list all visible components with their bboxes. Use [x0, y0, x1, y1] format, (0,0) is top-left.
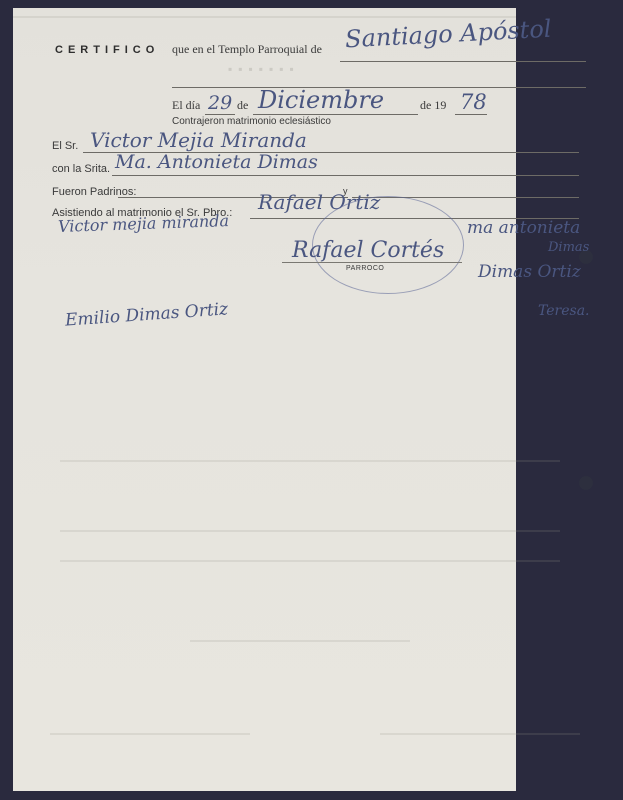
bride-value[interactable]: Ma. Antonieta Dimas [115, 151, 318, 173]
year-line [455, 114, 487, 115]
priest-signature-line [282, 262, 462, 263]
show-through-heading: ▪▪▪▪▪▪▪ [228, 62, 300, 76]
day-label: El día [172, 98, 200, 113]
groom-value[interactable]: Victor Mejia Miranda [90, 128, 307, 152]
month-line [253, 114, 418, 115]
bride-label: con la Srita. [52, 163, 110, 175]
priest-signature: Rafael Cortés [292, 238, 444, 263]
punch-hole-bottom [579, 476, 593, 490]
month-value[interactable]: Diciembre [258, 86, 384, 114]
month-label: de [237, 98, 248, 113]
bride-signature-line1: ma antonieta [467, 218, 580, 238]
temple-label: que en el Templo Parroquial de [172, 42, 322, 57]
temple-line [340, 61, 586, 62]
day-value[interactable]: 29 [208, 92, 232, 114]
paper-top-edge [13, 16, 516, 18]
marriage-heading: Contrajeron matrimonio eclesiástico [172, 116, 331, 127]
show-through-line [60, 560, 560, 562]
show-through-line [380, 733, 580, 735]
bride-signature-line2: Dimas [548, 240, 589, 255]
groom-label: El Sr. [52, 140, 78, 152]
parroco-label: PARROCO [346, 265, 384, 272]
show-through-line [60, 530, 560, 532]
day-line [205, 114, 235, 115]
show-through-line [190, 640, 410, 642]
year-label: de 19 [420, 98, 446, 113]
year-value[interactable]: 78 [460, 90, 487, 114]
show-through-line [50, 733, 250, 735]
witness-right-signature: Dimas Ortiz [478, 262, 581, 282]
witness-right-signature-2: Teresa. [538, 303, 590, 319]
bride-line [112, 175, 579, 176]
certifico-label: CERTIFICO [55, 44, 159, 56]
show-through-line [60, 460, 560, 462]
